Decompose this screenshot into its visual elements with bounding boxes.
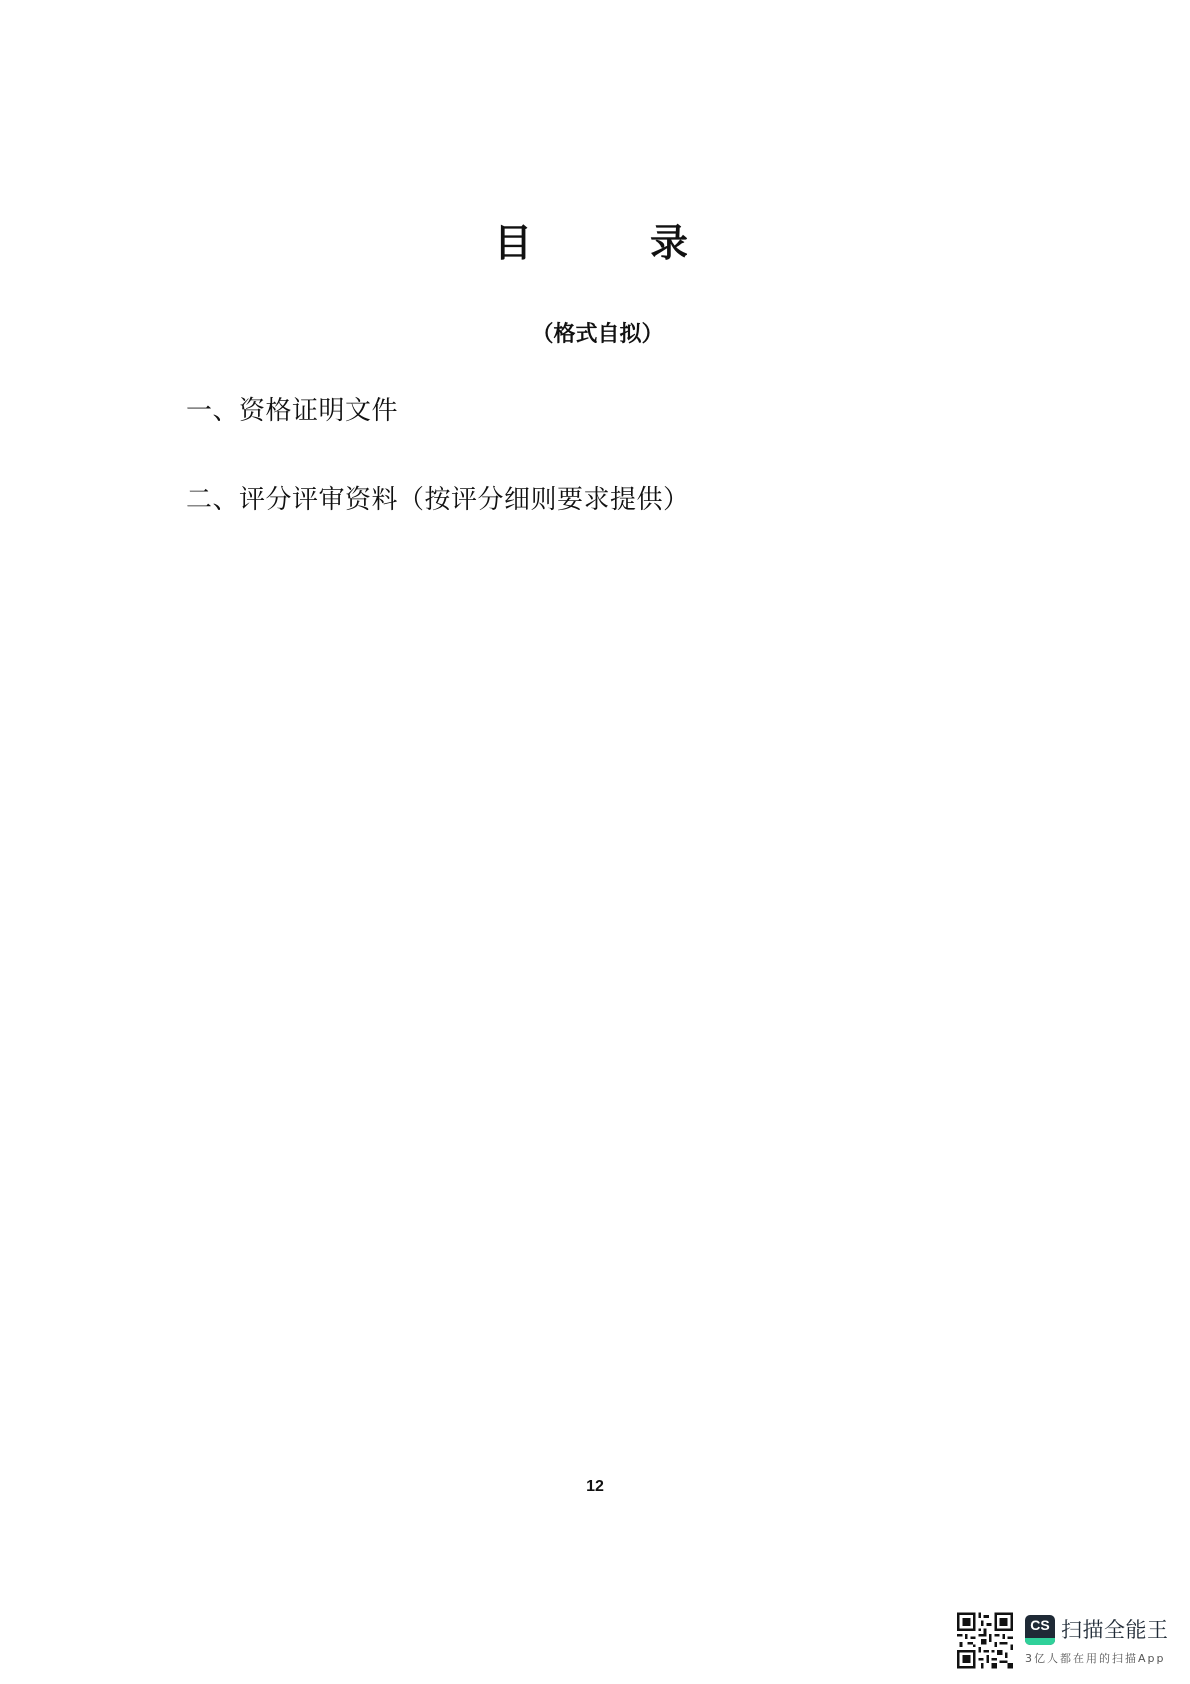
logo-accent-bar (1025, 1638, 1055, 1645)
logo-text: CS (1025, 1617, 1055, 1633)
page-title: 目 录 (0, 218, 1190, 268)
page-number: 12 (0, 1478, 1190, 1496)
brand-name: 扫描全能王 (1061, 1615, 1169, 1645)
document-page: 目 录 （格式自拟） 一、资格证明文件 二、评分评审资料（按评分细则要求提供） … (0, 0, 1190, 1684)
camscanner-logo-icon: CS (1025, 1615, 1055, 1645)
title-char-1: 目 (494, 218, 532, 268)
toc-item-qualification-documents: 一、资格证明文件 (186, 393, 398, 429)
toc-item-evaluation-materials: 二、评分评审资料（按评分细则要求提供） (186, 482, 690, 518)
format-note: （格式自拟） (0, 318, 1190, 352)
camscanner-watermark: CS 扫描全能王 3亿人都在用的扫描App (957, 1612, 1182, 1672)
qr-code-icon (957, 1612, 1013, 1669)
title-char-2: 录 (650, 218, 688, 268)
brand-tagline: 3亿人都在用的扫描App (1025, 1652, 1166, 1666)
